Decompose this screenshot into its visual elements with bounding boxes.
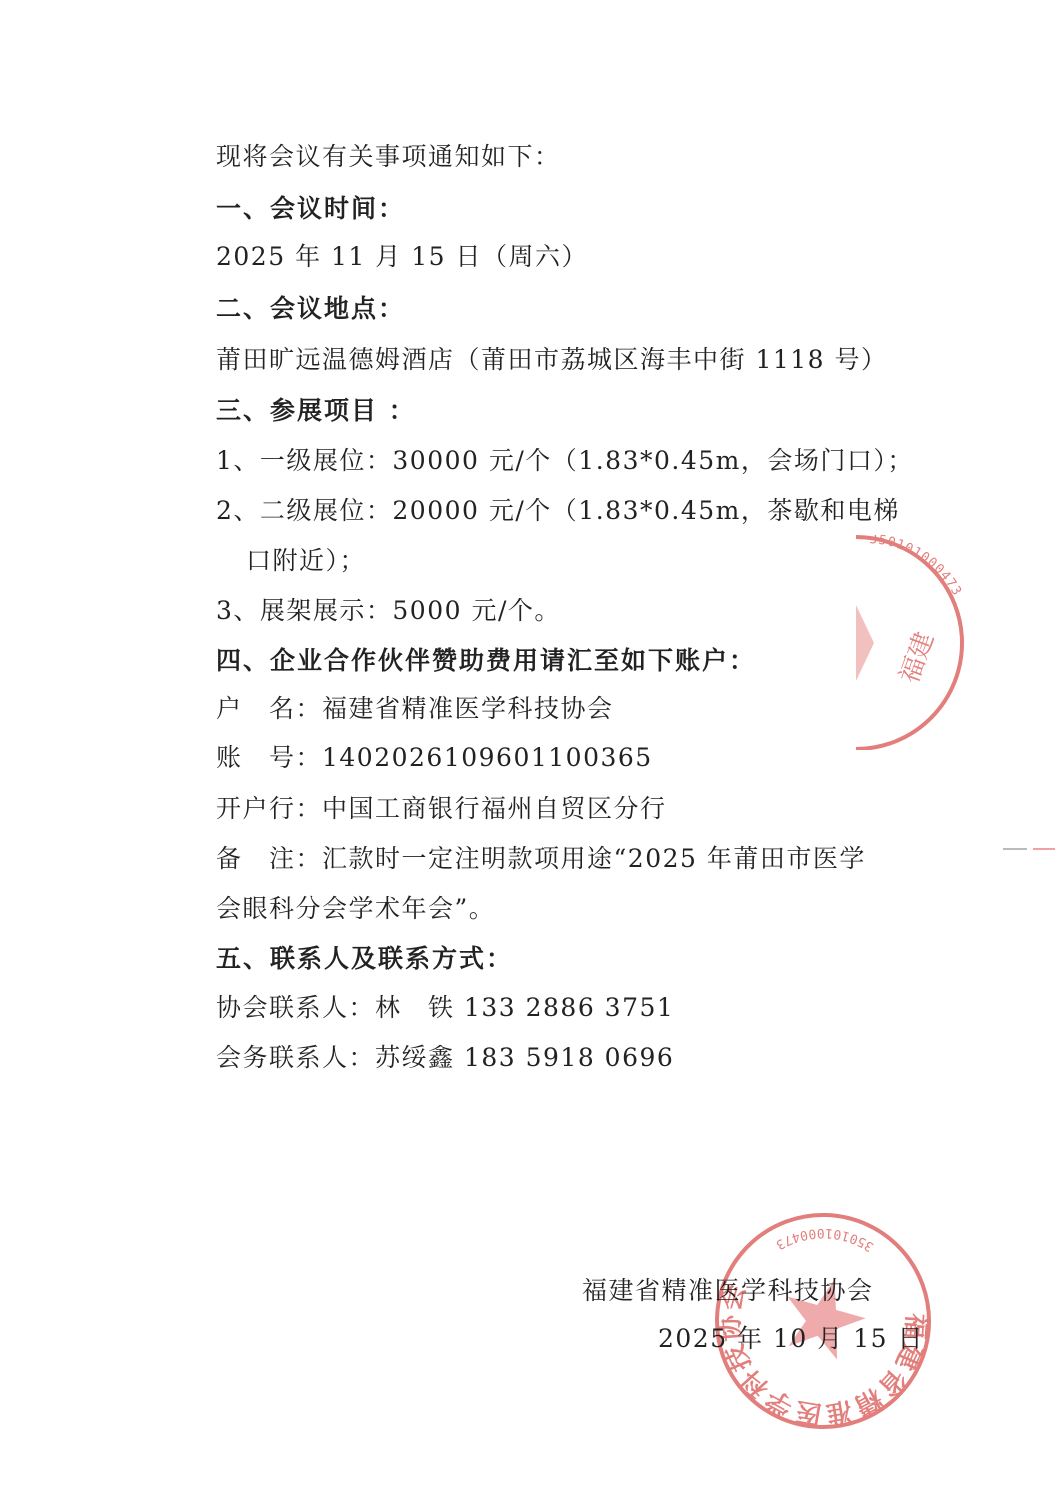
seam-seal-icon: 350101000473 福建 — [856, 535, 1062, 750]
svg-text:福建: 福建 — [894, 628, 940, 687]
document-page: 现将会议有关事项通知如下： 一、会议时间： 2025 年 11 月 15 日（周… — [0, 0, 1062, 1500]
booth-level-1: 1、一级展位：30000 元/个（1.83*0.45m，会场门口）； — [216, 444, 914, 478]
booth-display-rack: 3、展架展示：5000 元/个。 — [216, 594, 561, 628]
meeting-date: 2025 年 11 月 15 日（周六） — [216, 240, 588, 274]
page-edge-mark — [1003, 838, 1062, 841]
meeting-location: 莆田旷远温德姆酒店（莆田市荔城区海丰中街 1118 号） — [216, 343, 888, 377]
account-name: 户 名：福建省精准医学科技协会 — [216, 692, 614, 726]
association-contact: 协会联系人：林 铁 133 2886 3751 — [216, 991, 674, 1025]
event-contact: 会务联系人：苏绥鑫 183 5918 0696 — [216, 1041, 674, 1075]
section-3-heading: 三、参展项目 ： — [216, 394, 416, 428]
intro-text: 现将会议有关事项通知如下： — [216, 140, 561, 174]
svg-text:350101000473: 350101000473 — [869, 535, 965, 599]
account-number: 账 号：1402026109601100365 — [216, 741, 653, 775]
bank-name: 开户行：中国工商银行福州自贸区分行 — [216, 792, 667, 826]
section-1-heading: 一、会议时间： — [216, 192, 405, 226]
section-5-heading: 五、联系人及联系方式： — [216, 942, 513, 976]
remittance-note: 备 注：汇款时一定注明款项用途“2025 年莆田市医学 — [216, 842, 866, 876]
signature-date: 2025 年 10 月 15 日 — [658, 1322, 924, 1356]
svg-text:350101000473: 350101000473 — [771, 1210, 879, 1283]
booth-level-2: 2、二级展位：20000 元/个（1.83*0.45m，茶歇和电梯 — [216, 494, 900, 528]
remittance-note-cont: 会眼科分会学术年会”。 — [216, 892, 495, 926]
booth-level-2-cont: 口附近）； — [246, 544, 366, 578]
section-2-heading: 二、会议地点： — [216, 292, 405, 326]
section-4-heading: 四、企业合作伙伴赞助费用请汇至如下账户： — [216, 644, 756, 678]
signature-organization: 福建省精准医学科技协会 — [582, 1274, 874, 1308]
official-seal-icon: 福建省精准医学科技协会 350101000473 — [712, 1210, 934, 1432]
